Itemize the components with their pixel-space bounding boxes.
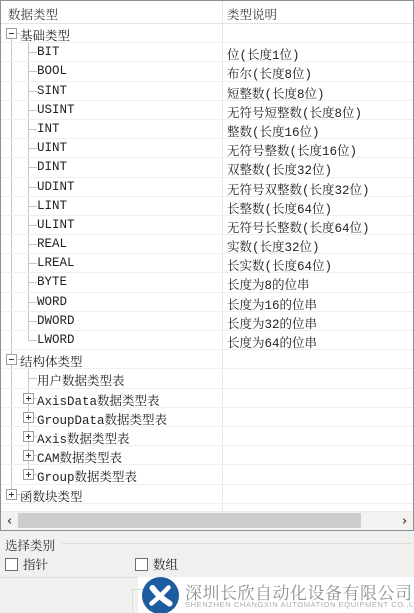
tree-row[interactable]: AxisData数据类型表: [1, 389, 413, 408]
tree-node-label[interactable]: UINT: [37, 141, 67, 155]
tree-line: [11, 62, 12, 80]
tree-node-description: 长度为16的位串: [227, 295, 317, 313]
tree-line: [29, 340, 37, 341]
tree-row[interactable]: INT整数(长度16位): [1, 120, 413, 139]
tree-row[interactable]: Axis数据类型表: [1, 427, 413, 446]
tree-line: [29, 206, 37, 207]
tree-node-label[interactable]: USINT: [37, 103, 75, 117]
tree-node-description: 长整数(长度64位): [227, 199, 332, 217]
array-checkbox-box[interactable]: [135, 558, 148, 571]
tree-node-label[interactable]: SINT: [37, 84, 67, 98]
tree-row[interactable]: ULINT无符号长整数(长度64位): [1, 216, 413, 235]
tree-row[interactable]: UDINT无符号双整数(长度32位): [1, 178, 413, 197]
tree-node-description: 长度为32的位串: [227, 314, 317, 332]
tree-line: [11, 101, 12, 119]
tree-node-label[interactable]: DWORD: [37, 314, 75, 328]
tree-line: [29, 244, 37, 245]
group-divider: [62, 543, 411, 544]
tree-line: [11, 139, 12, 157]
expand-toggle-icon[interactable]: [6, 489, 17, 500]
tree-row[interactable]: USINT无符号短整数(长度8位): [1, 101, 413, 120]
datatype-tree-panel: 数据类型 类型说明 基础类型BIT位(长度1位)BOOL布尔(长度8位)SINT…: [0, 0, 414, 531]
tree-row[interactable]: BYTE长度为8的位串: [1, 273, 413, 292]
tree-node-label[interactable]: 基础类型: [20, 26, 70, 44]
category-panel: 选择类别 指针 数组 深圳长欣自动化设备有限公司 SHENZHEN CHANGX…: [0, 531, 414, 613]
tree-line: [11, 369, 12, 387]
tree-node-description: 长度为64的位串: [227, 333, 317, 351]
tree-node-label[interactable]: LREAL: [37, 256, 75, 270]
tree-line: [11, 446, 12, 464]
tree-node-label[interactable]: Group数据类型表: [37, 467, 137, 485]
company-logo-icon: [142, 577, 179, 613]
datatype-browser-window: 数据类型 类型说明 基础类型BIT位(长度1位)BOOL布尔(长度8位)SINT…: [0, 0, 414, 613]
tree-node-description: 无符号整数(长度16位): [227, 141, 357, 159]
tree-node-description: 长度为8的位串: [227, 275, 310, 293]
tree-node-label[interactable]: WORD: [37, 295, 67, 309]
tree-line: [11, 43, 12, 61]
expand-toggle-icon[interactable]: [23, 431, 34, 442]
pointer-checkbox-label: 指针: [23, 555, 48, 573]
category-group-label: 选择类别: [5, 536, 55, 554]
collapse-toggle-icon[interactable]: [6, 354, 17, 365]
tree-node-label[interactable]: CAM数据类型表: [37, 448, 122, 466]
tree-node-label[interactable]: LWORD: [37, 333, 75, 347]
tree-line: [29, 225, 37, 226]
tree-row[interactable]: BIT位(长度1位): [1, 43, 413, 62]
tree-line: [29, 302, 37, 303]
tree-node-label[interactable]: 结构体类型: [20, 352, 83, 370]
scroll-left-button[interactable]: ‹: [1, 512, 18, 530]
tree-node-label[interactable]: INT: [37, 122, 60, 136]
tree-line: [29, 148, 37, 149]
tree-node-label[interactable]: DINT: [37, 160, 67, 174]
tree-line: [11, 216, 12, 234]
tree-node-description: 实数(长度32位): [227, 237, 320, 255]
tree-line: [11, 120, 12, 138]
tree-node-description: 无符号双整数(长度32位): [227, 180, 370, 198]
tree-rows: 基础类型BIT位(长度1位)BOOL布尔(长度8位)SINT短整数(长度8位)U…: [1, 24, 413, 504]
tree-line: [29, 187, 37, 188]
pointer-checkbox[interactable]: 指针: [5, 557, 48, 571]
tree-line: [29, 321, 37, 322]
tree-row[interactable]: GroupData数据类型表: [1, 408, 413, 427]
tree-row[interactable]: LREAL长实数(长度64位): [1, 254, 413, 273]
tree-line: [29, 282, 37, 283]
tree-node-description: 无符号长整数(长度64位): [227, 218, 370, 236]
tree-row[interactable]: WORD长度为16的位串: [1, 293, 413, 312]
tree-row[interactable]: 函数块类型: [1, 485, 413, 504]
tree-row[interactable]: UINT无符号整数(长度16位): [1, 139, 413, 158]
tree-node-description: 短整数(长度8位): [227, 84, 325, 102]
tree-node-label[interactable]: GroupData数据类型表: [37, 410, 167, 428]
array-checkbox[interactable]: 数组: [135, 557, 178, 571]
tree-line: [29, 71, 37, 72]
company-name-en: SHENZHEN CHANGXIN AUTOMATION EQUIPMENT C…: [185, 600, 414, 609]
tree-node-description: 整数(长度16位): [227, 122, 320, 140]
tree-line: [29, 52, 37, 53]
tree-line: [11, 197, 12, 215]
tree-node-description: 双整数(长度32位): [227, 160, 332, 178]
scrollbar-thumb[interactable]: [18, 513, 361, 528]
column-header-datatype[interactable]: 数据类型: [8, 5, 58, 23]
tree-line: [11, 389, 12, 407]
tree-node-description: 无符号短整数(长度8位): [227, 103, 362, 121]
expand-toggle-icon[interactable]: [23, 393, 34, 404]
tree-line: [11, 158, 12, 176]
tree-node-label[interactable]: REAL: [37, 237, 67, 251]
tree-row[interactable]: Group数据类型表: [1, 465, 413, 484]
collapse-toggle-icon[interactable]: [6, 28, 17, 39]
column-header-description[interactable]: 类型说明: [227, 5, 277, 23]
expand-toggle-icon[interactable]: [23, 450, 34, 461]
tree-node-label[interactable]: AxisData数据类型表: [37, 391, 160, 409]
tree-node-label[interactable]: ULINT: [37, 218, 75, 232]
tree-node-label[interactable]: BOOL: [37, 64, 67, 78]
tree-row[interactable]: 用户数据类型表: [1, 369, 413, 388]
tree-row[interactable]: 基础类型: [1, 24, 413, 43]
tree-node-description: 位(长度1位): [227, 45, 300, 63]
tree-row[interactable]: SINT短整数(长度8位): [1, 82, 413, 101]
tree-line: [29, 378, 37, 379]
tree-row[interactable]: BOOL布尔(长度8位): [1, 62, 413, 81]
tree-line: [11, 331, 12, 349]
tree-node-label[interactable]: Axis数据类型表: [37, 429, 130, 447]
tree-line: [11, 293, 12, 311]
tree-row[interactable]: CAM数据类型表: [1, 446, 413, 465]
tree-line: [29, 167, 37, 168]
expand-toggle-icon[interactable]: [23, 469, 34, 480]
tree-line: [29, 263, 37, 264]
tree-line: [11, 408, 12, 426]
tree-line: [11, 427, 12, 445]
tree-node-label[interactable]: BYTE: [37, 275, 67, 289]
tree-node-label[interactable]: 用户数据类型表: [37, 371, 125, 389]
tree-node-label[interactable]: 函数块类型: [20, 487, 83, 505]
tree-node-label[interactable]: LINT: [37, 199, 67, 213]
tree-line: [29, 129, 37, 130]
tree-row[interactable]: DINT双整数(长度32位): [1, 158, 413, 177]
scroll-right-button[interactable]: ›: [396, 512, 413, 530]
tree-header: 数据类型 类型说明: [1, 1, 413, 24]
tree-line: [11, 273, 12, 291]
tree-row[interactable]: LWORD长度为64的位串: [1, 331, 413, 350]
horizontal-scrollbar[interactable]: ‹ ›: [1, 511, 413, 530]
tree-row[interactable]: 结构体类型: [1, 350, 413, 369]
tree-row[interactable]: LINT长整数(长度64位): [1, 197, 413, 216]
pointer-checkbox-box[interactable]: [5, 558, 18, 571]
company-watermark: 深圳长欣自动化设备有限公司 SHENZHEN CHANGXIN AUTOMATI…: [138, 577, 414, 613]
expand-toggle-icon[interactable]: [23, 412, 34, 423]
tree-node-label[interactable]: UDINT: [37, 180, 75, 194]
tree-line: [11, 465, 12, 483]
tree-row[interactable]: REAL实数(长度32位): [1, 235, 413, 254]
tree-node-description: 长实数(长度64位): [227, 256, 332, 274]
tree-line: [11, 312, 12, 330]
tree-line: [11, 82, 12, 100]
tree-line: [29, 91, 37, 92]
tree-row[interactable]: DWORD长度为32的位串: [1, 312, 413, 331]
tree-node-label[interactable]: BIT: [37, 45, 60, 59]
tree-line: [11, 178, 12, 196]
tree-node-description: 布尔(长度8位): [227, 64, 312, 82]
array-checkbox-label: 数组: [153, 555, 178, 573]
tree-line: [11, 235, 12, 253]
tree-line: [29, 110, 37, 111]
tree-line: [11, 254, 12, 272]
